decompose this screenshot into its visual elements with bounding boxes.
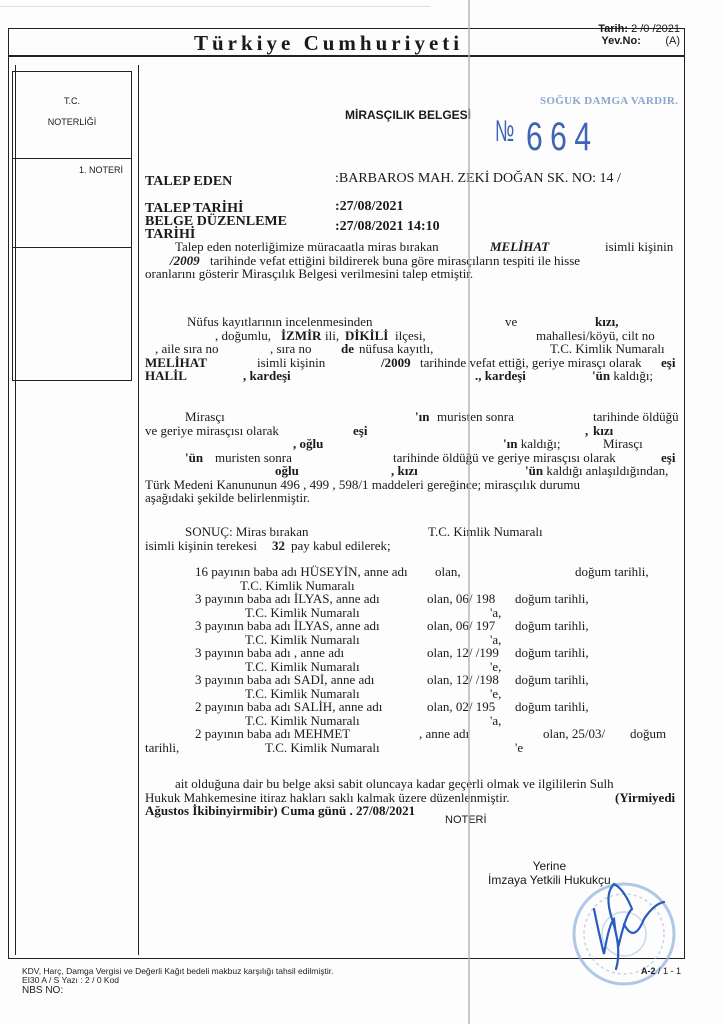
heir-share: 2 payının baba adı SALİH, anne adı: [195, 700, 382, 714]
heir-row-last: 2 payının baba adı MEHMET, anne adıolan,…: [145, 727, 678, 741]
page-reference: A-2 / 1 - 1: [641, 966, 681, 976]
heir-share: 3 payının baba adı , anne adı: [195, 646, 344, 660]
heir-share: 16 payının baba adı HÜSEYİN, anne adı: [195, 565, 408, 579]
heir-row: 2 payının baba adı SALİH, anne adıolan, …: [145, 700, 678, 714]
notary-box: T.C. NOTERLİĞİ 1. NOTERİ: [12, 71, 132, 381]
heir-dob: doğum tarihli,: [575, 565, 649, 579]
notary-office-cell: 1. NOTERİ: [13, 158, 131, 248]
field-value-talep-tarihi: :27/08/2021: [335, 200, 403, 213]
country-title: Türkiye Cumhuriyeti: [194, 31, 463, 56]
nufus-paragraph: Nüfus kayıtlarının incelenmesindenvekızı…: [145, 315, 678, 383]
heir-dob: doğum tarihli,: [515, 673, 589, 687]
heir-suffix: 'e,: [490, 687, 501, 701]
noteri-label: 1. NOTERİ: [79, 165, 123, 175]
yev-label: Yev.No:: [601, 35, 641, 47]
heir-tc: T.C. Kimlik Numaralı: [245, 714, 360, 728]
heir-olan: olan,: [435, 565, 461, 579]
heir-suffix: 'a,: [490, 606, 501, 620]
heir-suffix: 'a,: [490, 714, 501, 728]
heir-olan: olan, 06/ 198: [427, 592, 495, 606]
heir-share: 3 payının baba adı SADİ, anne adı: [195, 673, 374, 687]
yev-value: (A): [665, 35, 680, 47]
footer-nbs: NBS NO:: [22, 985, 333, 996]
notary-empty-cell: [13, 247, 131, 382]
document-title: MİRASÇILIK BELGESİ: [345, 108, 471, 122]
document-number-value: 664: [526, 115, 599, 160]
noteri-label: NOTERİ: [445, 814, 487, 826]
intro-paragraph: Talep eden noterliğimize müracaatla mira…: [145, 240, 678, 281]
header-row: Türkiye Cumhuriyeti Tarih: 2 /0 /2021 Ye…: [9, 29, 684, 57]
paper-edge: [0, 0, 430, 7]
heir-dob: doğum tarihli,: [515, 646, 589, 660]
heir-row: 3 payının baba adı SADİ, anne adıolan, 1…: [145, 673, 678, 687]
heirs-list: 16 payının baba adı HÜSEYİN, anne adıola…: [145, 565, 678, 754]
heir-share: 3 payının baba adı İLYAS, anne adı: [195, 619, 380, 633]
heir-dob: doğum tarihli,: [515, 592, 589, 606]
mirasci-paragraph: Mirasçı'ınmuristen sonratarihinde öldüğü…: [145, 410, 678, 505]
numero-symbol: №: [495, 115, 514, 149]
heir-share: 3 payının baba adı İLYAS, anne adı: [195, 592, 380, 606]
heir-dob: doğum tarihli,: [515, 619, 589, 633]
paper-fold-line: [468, 0, 470, 1024]
heir-row: 16 payının baba adı HÜSEYİN, anne adıola…: [145, 565, 678, 579]
heir-tc: T.C. Kimlik Numaralı: [245, 687, 360, 701]
heir-tc: T.C. Kimlik Numaralı: [245, 606, 360, 620]
document-frame: Türkiye Cumhuriyeti Tarih: 2 /0 /2021 Ye…: [8, 28, 685, 959]
date-block: Tarih: 2 /0 /2021 Yev.No: (A): [598, 23, 680, 47]
footer-code: EI30 A / S Yazı : 2 / 0 Kod: [22, 976, 333, 985]
heir-dob: doğum tarihli,: [515, 700, 589, 714]
heir-tc: T.C. Kimlik Numaralı: [245, 633, 360, 647]
date-value: 2 /0 /2021: [631, 23, 680, 35]
heir-olan: olan, 12/ /198: [427, 673, 499, 687]
heir-suffix: 'a,: [490, 633, 501, 647]
footer-note: KDV, Harç, Damga Vergisi ve Değerli Kağı…: [22, 967, 333, 996]
heir-olan: olan, 02/ 195: [427, 700, 495, 714]
heir-tc: T.C. Kimlik Numaralı: [240, 579, 355, 593]
field-value-belge-duzenleme: :27/08/2021 14:10: [335, 220, 440, 233]
heir-olan: olan, 06/ 197: [427, 619, 495, 633]
date-label: Tarih:: [598, 23, 628, 35]
field-label-talep-eden: TALEP EDEN: [145, 175, 232, 188]
heir-row: 3 payının baba adı , anne adıolan, 12/ /…: [145, 646, 678, 660]
heir-tc: T.C. Kimlik Numaralı: [245, 660, 360, 674]
closing-paragraph: ait olduğuna dair bu belge aksi sabit ol…: [145, 777, 678, 818]
document-number: № 664: [495, 115, 622, 160]
noterligi-label: NOTERLİĞİ: [13, 117, 131, 127]
tc-label: T.C.: [13, 96, 131, 106]
field-value-talep-eden: :BARBAROS MAH. ZEKİ DOĞAN SK. NO: 14 /: [335, 172, 621, 185]
heir-row: 3 payının baba adı İLYAS, anne adıolan, …: [145, 592, 678, 606]
heir-row: 3 payının baba adı İLYAS, anne adıolan, …: [145, 619, 678, 633]
heir-suffix: 'e,: [490, 660, 501, 674]
cold-stamp-text: SOĞUK DAMGA VARDIR.: [540, 95, 678, 107]
heir-olan: olan, 12/ /199: [427, 646, 499, 660]
notary-name-cell: T.C. NOTERLİĞİ: [13, 72, 131, 159]
sonuc-paragraph: SONUÇ: Miras bırakanT.C. Kimlik Numaralı…: [145, 525, 678, 552]
